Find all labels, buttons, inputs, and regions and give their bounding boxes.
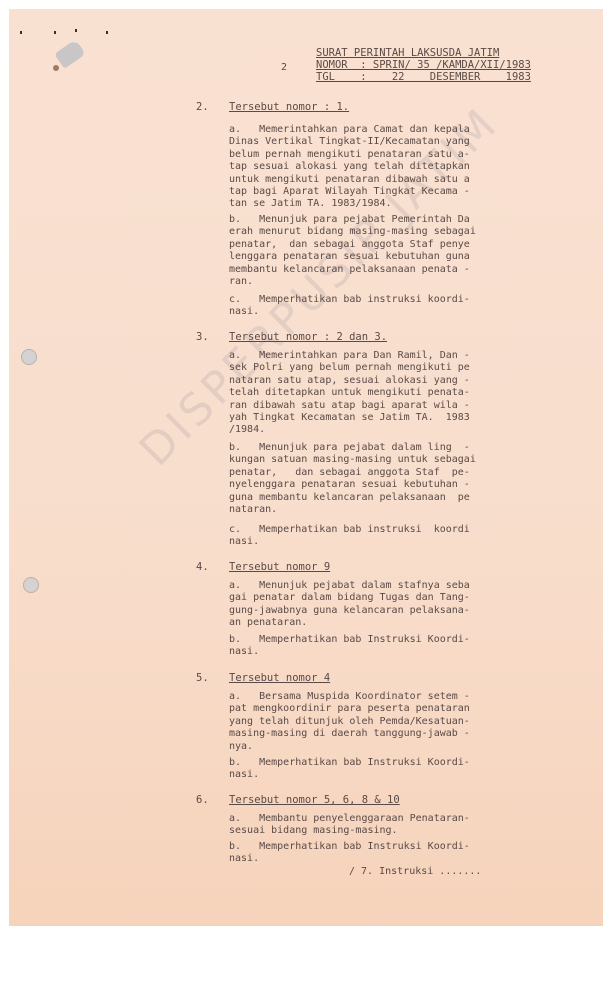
section-number: 5. bbox=[196, 672, 209, 684]
section-item: c. Memperhatikan bab instruksi koordi- n… bbox=[229, 294, 519, 319]
paper-stain bbox=[54, 39, 86, 69]
section-item: a. Memerintahkan para Dan Ramil, Dan - s… bbox=[229, 350, 519, 437]
letter-header: SURAT PERINTAH LAKSUSDA JATIM NOMOR : SP… bbox=[316, 47, 531, 83]
section-title: Tersebut nomor 9 bbox=[229, 561, 330, 573]
continuation-note: / 7. Instruksi ....... bbox=[349, 866, 481, 877]
section-number: 2. bbox=[196, 101, 209, 113]
header-number: NOMOR : SPRIN/ 35 /KAMDA/XII/1983 bbox=[316, 59, 531, 71]
section-title: Tersebut nomor : 2 dan 3. bbox=[229, 331, 387, 343]
section-number: 4. bbox=[196, 561, 209, 573]
section-item: b. Memperhatikan bab Instruksi Koordi- n… bbox=[229, 634, 519, 659]
page-number: 2 bbox=[281, 62, 287, 73]
punch-mark bbox=[20, 31, 22, 34]
paper-stain bbox=[53, 65, 59, 71]
header-date: TGL : 22 DESEMBER 1983 bbox=[316, 71, 531, 83]
binder-hole bbox=[23, 577, 39, 593]
section-item: b. Memperhatikan bab Instruksi Koordi- n… bbox=[229, 841, 519, 866]
section-item: b. Menunjuk para pejabat dalam ling - ku… bbox=[229, 442, 519, 516]
header-title: SURAT PERINTAH LAKSUSDA JATIM bbox=[316, 47, 531, 59]
binder-hole bbox=[21, 349, 37, 365]
section-title: Tersebut nomor : 1. bbox=[229, 101, 349, 113]
section-title: Tersebut nomor 4 bbox=[229, 672, 330, 684]
section-item: a. Memerintahkan para Camat dan kepala D… bbox=[229, 124, 519, 211]
section-title: Tersebut nomor 5, 6, 8 & 10 bbox=[229, 794, 400, 806]
section-item: b. Memperhatikan bab Instruksi Koordi- n… bbox=[229, 757, 519, 782]
section-number: 3. bbox=[196, 331, 209, 343]
punch-mark bbox=[106, 31, 108, 34]
punch-mark bbox=[75, 29, 77, 32]
section-item: a. Membantu penyelenggaraan Penataran- s… bbox=[229, 813, 519, 838]
punch-mark bbox=[54, 31, 56, 34]
section-item: c. Memperhatikan bab instruksi koordi na… bbox=[229, 524, 519, 549]
section-number: 6. bbox=[196, 794, 209, 806]
section-item: a. Menunjuk pejabat dalam stafnya seba g… bbox=[229, 580, 519, 630]
section-item: a. Bersama Muspida Koordinator setem - p… bbox=[229, 691, 519, 753]
section-item: b. Menunjuk para pejabat Pemerintah Da e… bbox=[229, 214, 519, 288]
